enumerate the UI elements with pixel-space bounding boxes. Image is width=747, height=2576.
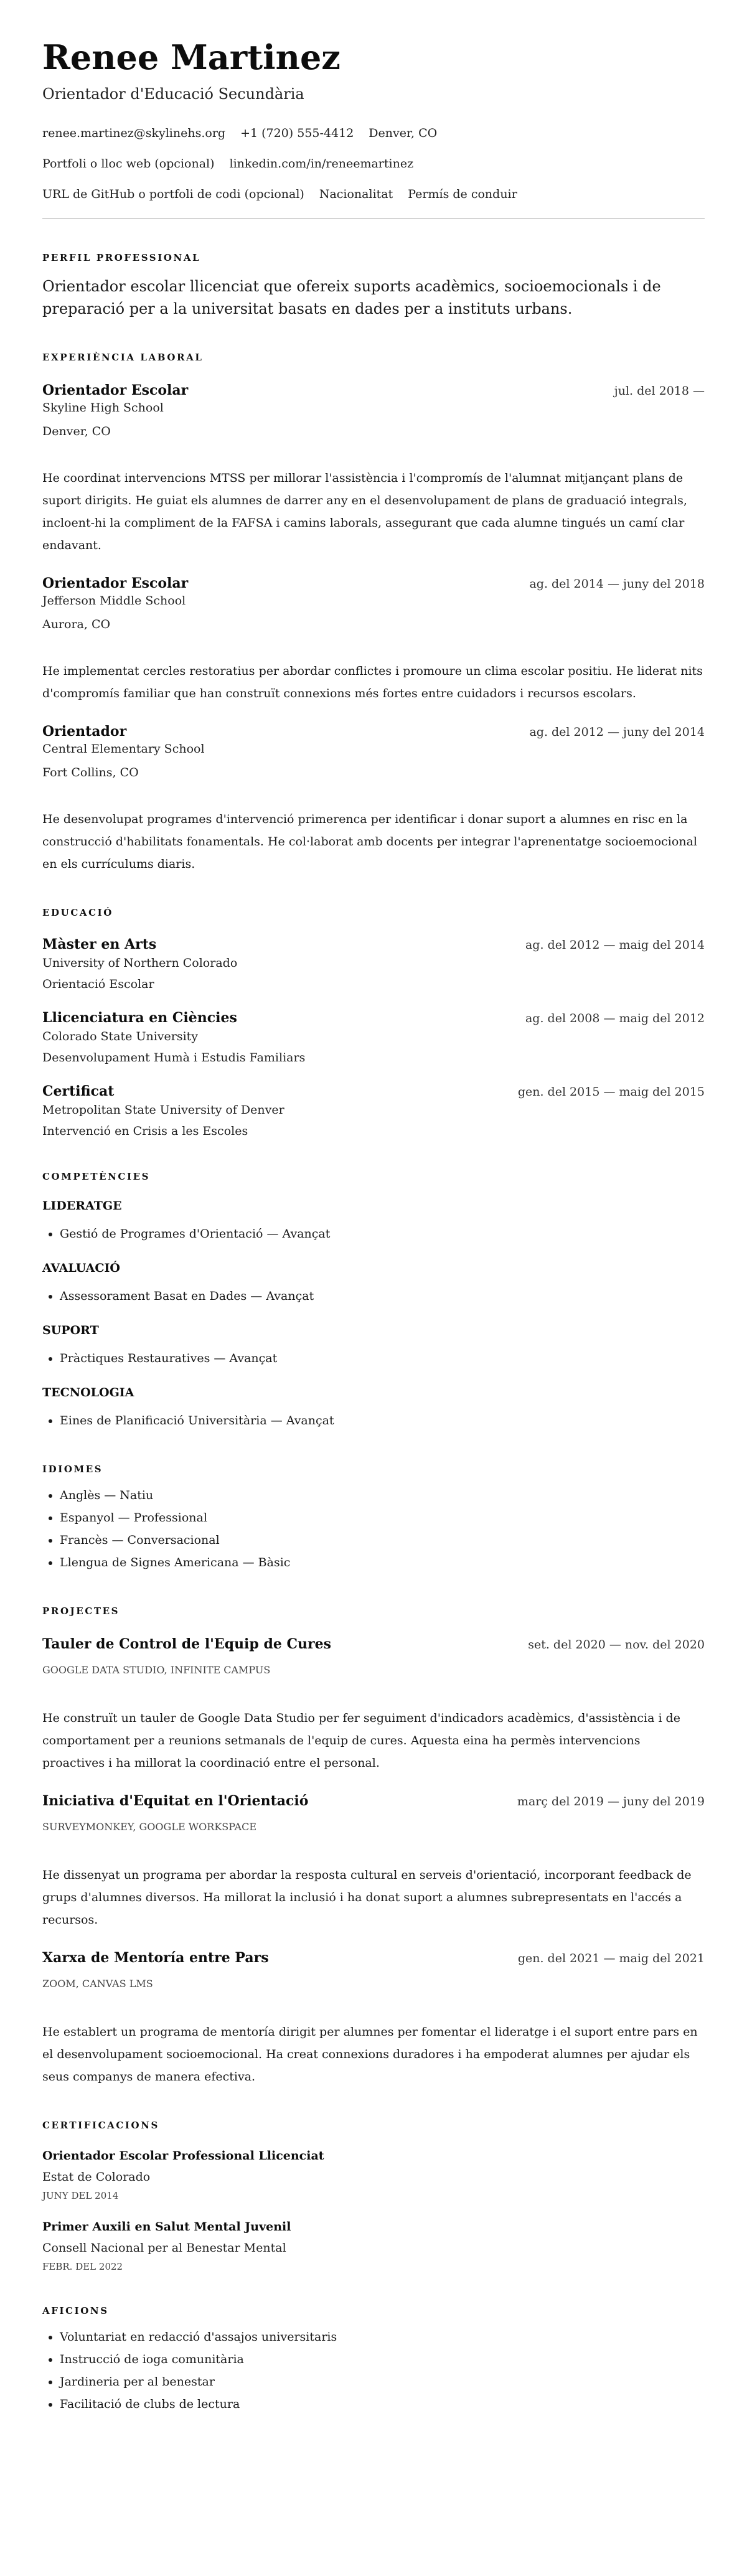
school: Metropolitan State University of Denver <box>42 1102 705 1118</box>
driving-license: Permís de conduir <box>408 187 517 202</box>
education-date: ag. del 2012 — maig del 2014 <box>525 937 705 953</box>
education-item: Màster en Arts ag. del 2012 — maig del 2… <box>42 935 705 992</box>
candidate-name: Renee Martinez <box>42 37 705 77</box>
degree: Màster en Arts <box>42 935 156 954</box>
header-divider <box>42 218 705 219</box>
education-date: ag. del 2008 — maig del 2012 <box>525 1010 705 1027</box>
hobby-item: Jardineria per al benestar <box>60 2371 705 2393</box>
section-heading: Educació <box>42 906 705 919</box>
field-of-study: Intervenció en Crisis a les Escoles <box>42 1123 705 1139</box>
skill-list: Eines de Planificació Universitària — Av… <box>42 1409 705 1432</box>
contact-row: Portfoli o lloc web (opcional) linkedin.… <box>42 156 705 171</box>
candidate-title: Orientador d'Educació Secundària <box>42 83 705 105</box>
job-location: Fort Collins, CO <box>42 764 705 781</box>
project-title: Xarxa de Mentoría entre Pars <box>42 1948 269 1967</box>
project-item: Tauler de Control de l'Equip de Cures se… <box>42 1635 705 1774</box>
project-tech: Google Data Studio, Infinite Campus <box>42 1663 705 1677</box>
skill-item: Gestió de Programes d'Orientació — Avanç… <box>60 1223 705 1245</box>
job-title: Orientador <box>42 722 126 741</box>
skill-item: Assessorament Basat en Dades — Avançat <box>60 1285 705 1307</box>
hobby-item: Voluntariat en redacció d'assajos univer… <box>60 2326 705 2348</box>
language-item: Llengua de Signes Americana — Bàsic <box>60 1551 705 1574</box>
project-description: He construït un tauler de Google Data St… <box>42 1707 705 1774</box>
skill-group-title: Suport <box>42 1322 705 1338</box>
project-title: Iniciativa d'Equitat en l'Orientació <box>42 1792 308 1810</box>
skill-item: Eines de Planificació Universitària — Av… <box>60 1409 705 1432</box>
linkedin-link[interactable]: linkedin.com/in/reneemartinez <box>230 156 414 171</box>
experience-item: Orientador Escolar ag. del 2014 — juny d… <box>42 574 705 705</box>
certification-date: juny del 2014 <box>42 2189 705 2202</box>
experience-item: Orientador Escolar jul. del 2018 — Skyli… <box>42 381 705 557</box>
education-item: Certificat gen. del 2015 — maig del 2015… <box>42 1082 705 1139</box>
experience-item: Orientador ag. del 2012 — juny del 2014 … <box>42 722 705 875</box>
language-item: Espanyol — Professional <box>60 1507 705 1529</box>
contact-info: renee.martinez@skylinehs.org +1 (720) 55… <box>42 126 705 202</box>
school: University of Northern Colorado <box>42 955 705 971</box>
project-date: set. del 2020 — nov. del 2020 <box>528 1637 705 1653</box>
summary-text: Orientador escolar llicenciat que oferei… <box>42 275 705 320</box>
certification-issuer: Estat de Colorado <box>42 2169 705 2185</box>
project-item: Xarxa de Mentoría entre Pars gen. del 20… <box>42 1948 705 2088</box>
location: Denver, CO <box>369 126 437 141</box>
job-location: Aurora, CO <box>42 616 705 632</box>
job-title: Orientador Escolar <box>42 574 188 593</box>
language-item: Francès — Conversacional <box>60 1529 705 1551</box>
section-heading: Idiomes <box>42 1463 705 1475</box>
job-location: Denver, CO <box>42 423 705 440</box>
project-description: He establert un programa de mentoría dir… <box>42 2021 705 2088</box>
project-description: He dissenyat un programa per abordar la … <box>42 1864 705 1931</box>
language-list: Anglès — Natiu Espanyol — Professional F… <box>42 1484 705 1574</box>
certifications-section: Certificacions Orientador Escolar Profes… <box>42 2119 705 2273</box>
hobbies-section: Aficions Voluntariat en redacció d'assaj… <box>42 2305 705 2415</box>
field-of-study: Desenvolupament Humà i Estudis Familiars <box>42 1050 705 1066</box>
education-item: Llicenciatura en Ciències ag. del 2008 —… <box>42 1008 705 1066</box>
job-title: Orientador Escolar <box>42 381 188 400</box>
company: Skyline High School <box>42 400 705 416</box>
hobby-item: Instrucció de ioga comunitària <box>60 2348 705 2371</box>
field-of-study: Orientació Escolar <box>42 976 705 992</box>
project-tech: Zoom, Canvas LMS <box>42 1977 705 1991</box>
section-heading: Competències <box>42 1170 705 1183</box>
certification-item: Primer Auxili en Salut Mental Juvenil Co… <box>42 2219 705 2273</box>
section-heading: Aficions <box>42 2305 705 2317</box>
skill-group-title: Tecnologia <box>42 1384 705 1401</box>
school: Colorado State University <box>42 1028 705 1045</box>
summary-section: Perfil professional Orientador escolar l… <box>42 251 705 320</box>
education-section: Educació Màster en Arts ag. del 2012 — m… <box>42 906 705 1139</box>
job-description: He coordinat intervencions MTSS per mill… <box>42 467 705 557</box>
skills-section: Competències Lideratge Gestió de Program… <box>42 1170 705 1432</box>
languages-section: Idiomes Anglès — Natiu Espanyol — Profes… <box>42 1463 705 1574</box>
projects-section: Projectes Tauler de Control de l'Equip d… <box>42 1605 705 2088</box>
project-tech: SurveyMonkey, Google Workspace <box>42 1820 705 1834</box>
project-date: gen. del 2021 — maig del 2021 <box>518 1950 705 1967</box>
skill-item: Pràctiques Restauratives — Avançat <box>60 1347 705 1370</box>
company: Central Elementary School <box>42 741 705 757</box>
job-date: ag. del 2014 — juny del 2018 <box>529 576 705 592</box>
degree: Certificat <box>42 1082 114 1101</box>
section-heading: Projectes <box>42 1605 705 1617</box>
contact-row: renee.martinez@skylinehs.org +1 (720) 55… <box>42 126 705 141</box>
education-date: gen. del 2015 — maig del 2015 <box>518 1084 705 1100</box>
github-link[interactable]: URL de GitHub o portfoli de codi (opcion… <box>42 187 304 202</box>
skill-list: Gestió de Programes d'Orientació — Avanç… <box>42 1223 705 1245</box>
skill-group-title: Avaluació <box>42 1260 705 1276</box>
contact-row: URL de GitHub o portfoli de codi (opcion… <box>42 187 705 202</box>
skill-group-title: Lideratge <box>42 1198 705 1214</box>
company: Jefferson Middle School <box>42 593 705 609</box>
email[interactable]: renee.martinez@skylinehs.org <box>42 126 225 141</box>
resume-page: Renee Martinez Orientador d'Educació Sec… <box>0 0 747 2415</box>
nationality: Nacionalitat <box>319 187 393 202</box>
phone[interactable]: +1 (720) 555-4412 <box>240 126 354 141</box>
project-item: Iniciativa d'Equitat en l'Orientació mar… <box>42 1792 705 1931</box>
certification-item: Orientador Escolar Professional Llicenci… <box>42 2148 705 2202</box>
experience-section: Experiència laboral Orientador Escolar j… <box>42 351 705 875</box>
section-heading: Certificacions <box>42 2119 705 2132</box>
section-heading: Experiència laboral <box>42 351 705 364</box>
certification-date: febr. del 2022 <box>42 2260 705 2273</box>
resume-header: Renee Martinez Orientador d'Educació Sec… <box>42 37 705 219</box>
job-date: jul. del 2018 — <box>614 383 705 399</box>
portfolio-link[interactable]: Portfoli o lloc web (opcional) <box>42 156 215 171</box>
certification-name: Primer Auxili en Salut Mental Juvenil <box>42 2219 705 2235</box>
section-heading: Perfil professional <box>42 251 705 264</box>
certification-issuer: Consell Nacional per al Benestar Mental <box>42 2240 705 2256</box>
skill-list: Assessorament Basat en Dades — Avançat <box>42 1285 705 1307</box>
certification-name: Orientador Escolar Professional Llicenci… <box>42 2148 705 2164</box>
skill-list: Pràctiques Restauratives — Avançat <box>42 1347 705 1370</box>
job-description: He desenvolupat programes d'intervenció … <box>42 808 705 875</box>
degree: Llicenciatura en Ciències <box>42 1008 237 1027</box>
job-description: He implementat cercles restoratius per a… <box>42 660 705 705</box>
project-date: març del 2019 — juny del 2019 <box>517 1793 705 1810</box>
language-item: Anglès — Natiu <box>60 1484 705 1507</box>
experience-list: Orientador Escolar jul. del 2018 — Skyli… <box>42 381 705 875</box>
project-title: Tauler de Control de l'Equip de Cures <box>42 1635 331 1653</box>
job-date: ag. del 2012 — juny del 2014 <box>529 724 705 740</box>
hobby-list: Voluntariat en redacció d'assajos univer… <box>42 2326 705 2415</box>
hobby-item: Facilitació de clubs de lectura <box>60 2393 705 2415</box>
